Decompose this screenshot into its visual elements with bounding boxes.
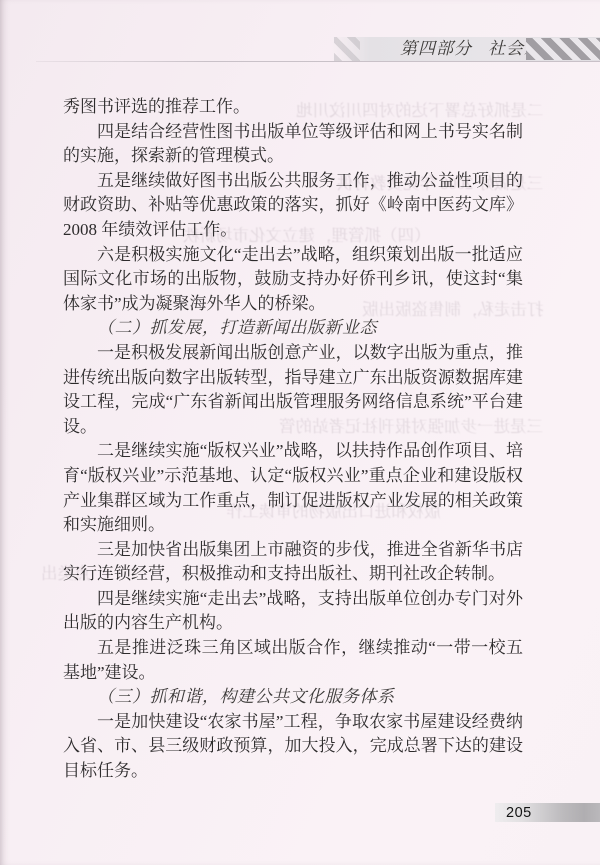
- section-heading: （二）抓发展，打造新闻出版新业态: [63, 316, 523, 341]
- paragraph: 四是结合经营性图书出版单位等级评估和网上书号实名制的实施，探索新的管理模式。: [63, 120, 523, 169]
- paragraph: 五是推进泛珠三角区域出版合作，继续推动“一带一校五基地”建设。: [63, 636, 523, 685]
- diagonal-stripes-icon: [526, 38, 600, 60]
- page-header: 第四部分社会发展: [332, 37, 600, 61]
- paragraph: 五是继续做好图书出版公共服务工作，推动公益性项目的财政资助、补贴等优惠政策的落实…: [63, 169, 523, 243]
- paragraph: 秀图书评选的推荐工作。: [63, 95, 523, 120]
- paragraph: 四是继续实施“走出去”战略，支持出版单位创办专门对外出版的内容生产机构。: [63, 587, 523, 636]
- paragraph: 一是加快建设“农家书屋”工程，争取农家书屋建设经费纳入省、市、县三级财政预算，加…: [63, 710, 523, 784]
- paragraph: 三是加快省出版集团上市融资的步伐，推进全省新华书店实行连锁经营，积极推动和支持出…: [63, 538, 523, 587]
- paragraph: 一是积极发展新闻出版创意产业，以数字出版为重点，推进传统出版向数字出版转型，指导…: [63, 341, 523, 439]
- body-text: 秀图书评选的推荐工作。四是结合经营性图书出版单位等级评估和网上书号实名制的实施，…: [63, 95, 523, 784]
- scanned-book-page: 第四部分社会发展 二是抓好总署下达的对四川汶川地三是做好 2008 年免费教材供…: [0, 0, 600, 865]
- section-heading: （三）抓和谐，构建公共文化服务体系: [63, 685, 523, 710]
- paragraph: 二是继续实施“版权兴业”战略，以扶持作品创作项目、培育“版权兴业”示范基地、认定…: [63, 439, 523, 537]
- header-divider-line: [36, 61, 600, 62]
- paragraph: 六是积极实施文化“走出去”战略，组织策划出版一批适应国际文化市场的出版物，鼓励支…: [63, 243, 523, 317]
- page-number: 205: [495, 805, 532, 821]
- header-part-label: 第四部分: [400, 39, 472, 58]
- diagonal-stripes-left-decoration: [334, 37, 360, 61]
- footer-page-bar: 205: [495, 803, 600, 822]
